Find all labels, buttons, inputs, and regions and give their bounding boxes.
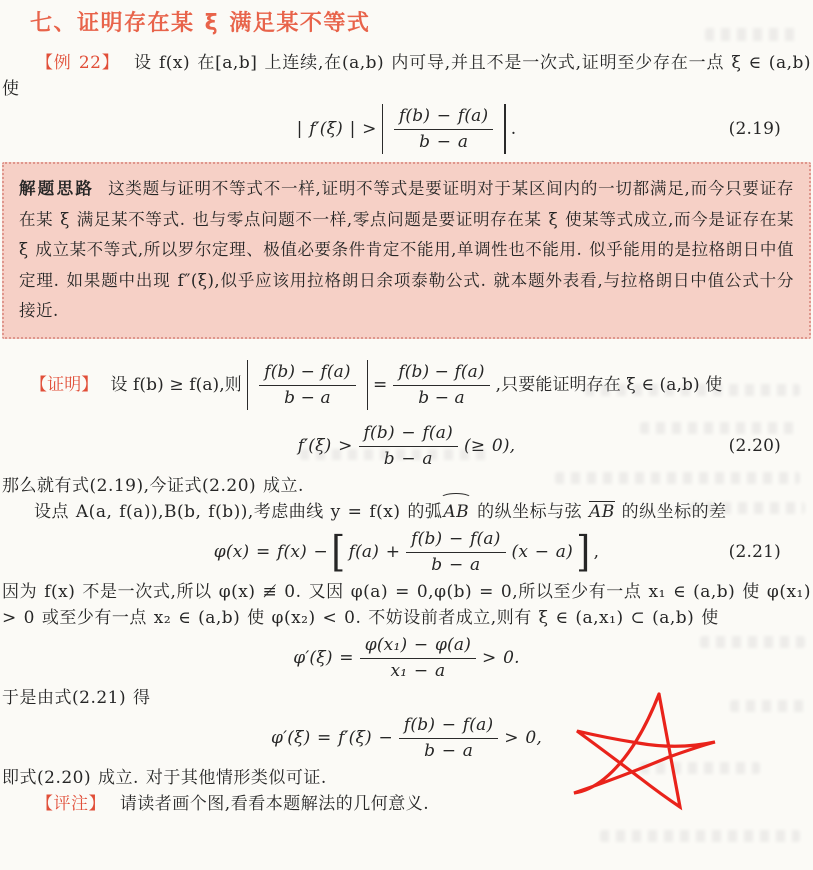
points-text-mid: 的纵坐标与弦 [470, 502, 589, 522]
equation-2-19: | f′(ξ) | > f(b) − f(a) b − a . (2.19) [0, 104, 813, 154]
fraction: f(b) − f(a) b − a [406, 528, 505, 576]
bleed-through-smudge [700, 636, 805, 648]
left-bracket: [ [331, 531, 345, 573]
fraction-numerator: f(b) − f(a) [259, 361, 355, 386]
fraction-denominator: b − a [259, 386, 355, 409]
fraction-numerator: f(b) − f(a) [399, 714, 498, 739]
fraction: φ(x₁) − φ(a) x₁ − a [360, 634, 476, 682]
paragraph-therefore: 于是由式(2.21) 得 [2, 685, 811, 711]
fraction-denominator: b − a [399, 739, 498, 762]
equation-phi-prime-1: φ′(ξ) = φ(x₁) − φ(a) x₁ − a > 0. [0, 633, 813, 683]
proof-intro-pre: 设 f(b) ≥ f(a),则 [110, 372, 242, 398]
eq221-post: , [594, 539, 600, 565]
right-bracket: ] [576, 531, 590, 573]
eq219-lhs: | f′(ξ) | > [297, 116, 377, 142]
fraction-numerator: f(b) − f(a) [359, 422, 458, 447]
eq221-inner-pre: f(a) + [349, 539, 401, 565]
fraction: f(b) − f(a) b − a [393, 361, 489, 409]
bleed-through-smudge [705, 28, 800, 41]
equation-2-21: φ(x) = f(x) − [ f(a) + f(b) − f(a) b − a… [0, 527, 813, 577]
eq-phi1-post: > 0. [482, 645, 520, 671]
hint-box-text: 这类题与证明不等式不一样,证明不等式是要证明对于某区间内的一切都满足,而今只要证… [19, 179, 794, 320]
bleed-through-smudge [555, 472, 800, 484]
eq-phi2-lhs: φ′(ξ) = f′(ξ) − [271, 725, 393, 751]
remark-text: 请读者画个图,看看本题解法的几何意义. [120, 794, 429, 814]
equals-sign: = [373, 372, 387, 398]
eq219-post: . [511, 116, 517, 142]
fraction-denominator: x₁ − a [360, 659, 476, 682]
eq221-lhs: φ(x) = f(x) − [214, 539, 328, 565]
bleed-through-smudge [730, 700, 805, 712]
eq-phi1-lhs: φ′(ξ) = [293, 645, 353, 671]
proof-label: 【证明】 [30, 372, 98, 398]
bleed-through-smudge [585, 384, 800, 396]
fraction-denominator: b − a [394, 130, 493, 153]
remark-label: 【评注】 [36, 794, 106, 814]
arc-ab: AB [442, 499, 470, 525]
section-title: 七、证明存在某 ξ 满足某不等式 [30, 10, 813, 38]
fraction-numerator: f(b) − f(a) [406, 528, 505, 553]
points-text-pre: 设点 A(a, f(a)),B(b, f(b)),考虑曲线 y = f(x) 的… [34, 502, 442, 522]
fraction: f(b) − f(a) b − a [259, 361, 355, 409]
hint-box-label: 解题思路 [19, 179, 94, 198]
fraction: f(b) − f(a) b − a [394, 105, 493, 153]
chord-ab: AB [589, 501, 615, 522]
abs-bar-right [504, 104, 505, 154]
fraction-denominator: b − a [406, 553, 505, 576]
eq221-inner-post: (x − a) [512, 539, 573, 565]
fraction-numerator: f(b) − f(a) [393, 361, 489, 386]
eq-phi2-post: > 0, [504, 725, 542, 751]
bleed-through-smudge [640, 422, 800, 434]
bleed-through-smudge [640, 762, 760, 774]
bleed-through-smudge [690, 502, 805, 514]
abs-bar-right [367, 360, 368, 410]
equation-tag-2-20: (2.20) [729, 433, 781, 459]
example-paragraph: 【例 22】 设 f(x) 在[a,b] 上连续,在(a,b) 内可导,并且不是… [2, 50, 811, 102]
equation-phi-prime-2: φ′(ξ) = f′(ξ) − f(b) − f(a) b − a > 0, [0, 713, 813, 763]
remark-paragraph: 【评注】 请读者画个图,看看本题解法的几何意义. [2, 791, 811, 817]
paragraph-phi-analysis: 因为 f(x) 不是一次式,所以 φ(x) ≢ 0. 又因 φ(a) = 0,φ… [2, 579, 811, 631]
equation-tag-2-21: (2.21) [729, 539, 781, 565]
example-label: 【例 22】 [36, 53, 120, 73]
fraction: f(b) − f(a) b − a [399, 714, 498, 762]
fraction: f(b) − f(a) b − a [359, 422, 458, 470]
fraction-numerator: φ(x₁) − φ(a) [360, 634, 476, 659]
bleed-through-smudge [600, 830, 800, 842]
example-text: 设 f(x) 在[a,b] 上连续,在(a,b) 内可导,并且不是一次式,证明至… [2, 53, 811, 99]
fraction-numerator: f(b) − f(a) [394, 105, 493, 130]
hint-box: 解题思路这类题与证明不等式不一样,证明不等式是要证明对于某区间内的一切都满足,而… [2, 162, 811, 339]
abs-bar-left [247, 360, 248, 410]
textbook-page: 七、证明存在某 ξ 满足某不等式 【例 22】 设 f(x) 在[a,b] 上连… [0, 0, 813, 870]
equation-tag-2-19: (2.19) [729, 116, 781, 142]
fraction-denominator: b − a [393, 386, 489, 409]
bleed-through-smudge [300, 449, 490, 460]
abs-bar-left [382, 104, 383, 154]
